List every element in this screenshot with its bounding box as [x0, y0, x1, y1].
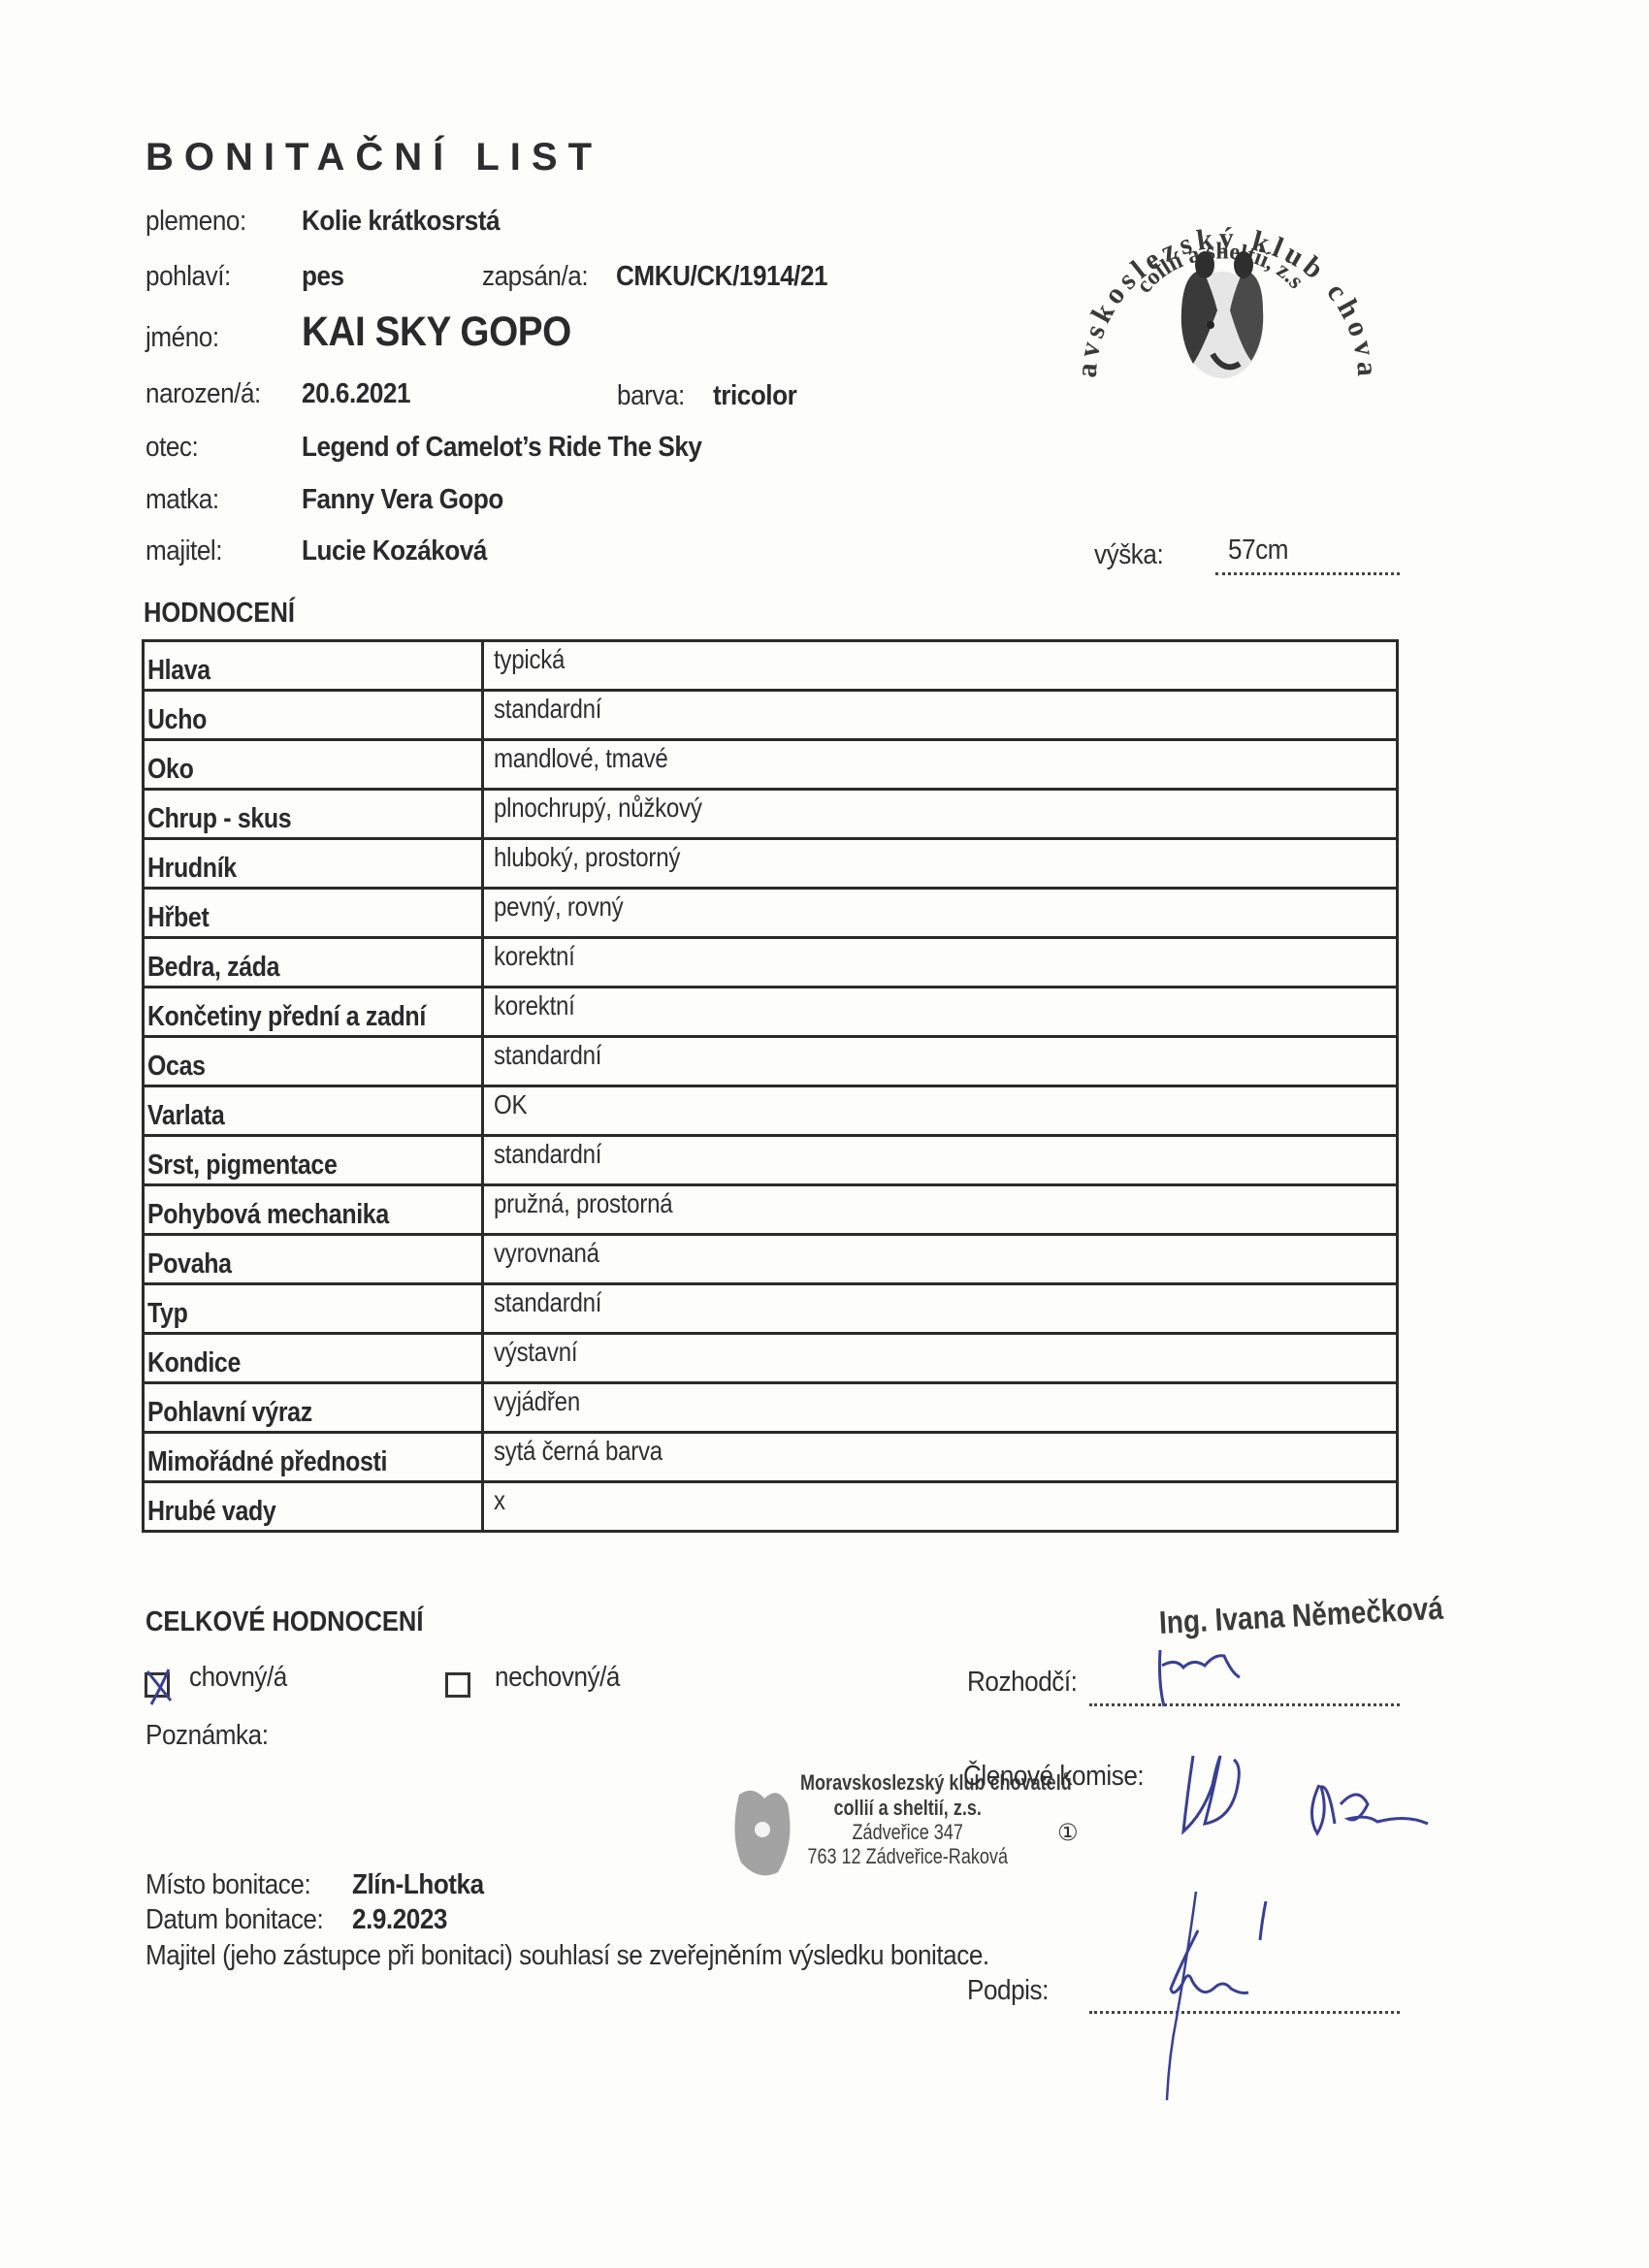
criterion-label: Hřbet: [147, 902, 209, 934]
assessment-value: hluboký, prostorný: [494, 842, 680, 873]
dam-value: Fanny Vera Gopo: [302, 484, 503, 516]
criterion-cell: Kondice: [144, 1334, 483, 1383]
registration-label: zapsán/a:: [482, 261, 588, 293]
breeding-option-label: chovný/á: [189, 1662, 287, 1694]
stamp-line-3: Zádveřice 347: [800, 1820, 1015, 1845]
criterion-cell: Ucho: [144, 691, 483, 740]
criterion-cell: Hřbet: [144, 889, 483, 938]
criterion-cell: Srst, pigmentace: [144, 1136, 483, 1185]
note-label: Poznámka:: [145, 1720, 269, 1752]
criterion-cell: Pohybová mechanika: [144, 1185, 483, 1235]
table-row: Bedra, zádakorektní: [144, 938, 1398, 988]
logo-inner-text: collií a sheltií, z.s.: [1057, 155, 1309, 298]
evaluation-table: HlavatypickáUchostandardníOkomandlové, t…: [142, 639, 1399, 1533]
document-title: BONITAČNÍ LIST: [145, 136, 602, 179]
assessment-value: mandlové, tmavé: [494, 743, 667, 774]
criterion-cell: Oko: [144, 740, 483, 790]
table-row: Ocasstandardní: [144, 1037, 1398, 1086]
assessment-cell: plnochrupý, nůžkový: [483, 790, 1398, 839]
criterion-label: Povaha: [147, 1248, 232, 1280]
criterion-label: Chrup - skus: [147, 803, 291, 835]
signature-label: Podpis:: [967, 1975, 1049, 2007]
criterion-label: Mimořádné přednosti: [147, 1446, 387, 1478]
assessment-cell: typická: [483, 641, 1398, 691]
judge-name-stamp: Ing. Ivana Němečková: [1158, 1590, 1444, 1641]
judge-label: Rozhodčí:: [967, 1667, 1077, 1699]
assessment-value: standardní: [494, 1139, 601, 1170]
assessment-cell: standardní: [483, 1037, 1398, 1086]
assessment-cell: vyrovnaná: [483, 1235, 1398, 1284]
assessment-value: typická: [494, 644, 565, 675]
criterion-label: Ocas: [147, 1051, 206, 1083]
sire-label: otec:: [145, 432, 198, 464]
criterion-cell: Ocas: [144, 1037, 483, 1086]
owner-signature: [1159, 1892, 1276, 2105]
criterion-label: Typ: [147, 1298, 187, 1330]
assessment-value: standardní: [494, 1040, 601, 1071]
assessment-value: x: [494, 1485, 505, 1516]
height-value: 57cm: [1228, 535, 1288, 567]
color-value: tricolor: [713, 380, 796, 412]
table-row: Kondicevýstavní: [144, 1334, 1398, 1383]
criterion-label: Ucho: [147, 704, 207, 736]
assessment-cell: x: [483, 1482, 1398, 1532]
sex-label: pohlaví:: [145, 261, 231, 293]
assessment-value: korektní: [494, 941, 575, 972]
assessment-value: vyrovnaná: [494, 1238, 599, 1269]
assessment-value: standardní: [494, 694, 601, 725]
criterion-label: Varlata: [147, 1100, 224, 1132]
judge-signature: [1154, 1644, 1290, 1712]
assessment-cell: standardní: [483, 1136, 1398, 1185]
assessment-cell: pružná, prostorná: [483, 1185, 1398, 1235]
criterion-cell: Varlata: [144, 1086, 483, 1136]
assessment-cell: výstavní: [483, 1334, 1398, 1383]
dam-label: matka:: [145, 484, 219, 516]
table-row: Povahavyrovnaná: [144, 1235, 1398, 1284]
sex-value: pes: [302, 261, 344, 293]
breeding-checkbox[interactable]: [145, 1672, 170, 1698]
table-row: Uchostandardní: [144, 691, 1398, 740]
stamp-line-4: 763 12 Zádveřice-Raková: [800, 1844, 1015, 1869]
color-label: barva:: [617, 380, 685, 412]
criterion-cell: Povaha: [144, 1235, 483, 1284]
place-label: Místo bonitace:: [145, 1869, 310, 1901]
table-row: Hřbetpevný, rovný: [144, 889, 1398, 938]
assessment-value: pevný, rovný: [494, 891, 623, 923]
table-row: Pohlavní výrazvyjádřen: [144, 1383, 1398, 1433]
table-row: Hlavatypická: [144, 641, 1398, 691]
table-row: Hrudníkhluboký, prostorný: [144, 839, 1398, 889]
birth-date-value: 20.6.2021: [302, 378, 410, 410]
assessment-cell: pevný, rovný: [483, 889, 1398, 938]
criterion-cell: Hrudník: [144, 839, 483, 889]
cross-mark-icon: [144, 1668, 177, 1706]
table-row: Hrubé vadyx: [144, 1482, 1398, 1532]
sire-value: Legend of Camelot’s Ride The Sky: [302, 432, 701, 464]
table-row: Chrup - skusplnochrupý, nůžkový: [144, 790, 1398, 839]
criterion-cell: Pohlavní výraz: [144, 1383, 483, 1433]
name-label: jméno:: [145, 322, 219, 354]
criterion-label: Pohlavní výraz: [147, 1397, 312, 1429]
place-value: Zlín-Lhotka: [352, 1869, 484, 1901]
committee-signatures: [1174, 1746, 1494, 1843]
non-breeding-checkbox[interactable]: [445, 1672, 470, 1698]
assessment-cell: korektní: [483, 938, 1398, 988]
collie-head-icon: [1181, 251, 1264, 378]
criterion-cell: Hrubé vady: [144, 1482, 483, 1532]
committee-label: Členové komise:: [963, 1761, 1144, 1793]
criterion-label: Bedra, záda: [147, 952, 279, 984]
criterion-label: Hrudník: [147, 853, 237, 885]
criterion-label: Hrubé vady: [147, 1496, 275, 1528]
assessment-cell: vyjádřen: [483, 1383, 1398, 1433]
table-row: Končetiny přední a zadníkorektní: [144, 988, 1398, 1037]
assessment-cell: hluboký, prostorný: [483, 839, 1398, 889]
evaluation-heading: HODNOCENÍ: [144, 598, 295, 630]
assessment-value: OK: [494, 1089, 527, 1120]
criterion-cell: Chrup - skus: [144, 790, 483, 839]
consent-text: Majitel (jeho zástupce při bonitaci) sou…: [145, 1940, 989, 1972]
assessment-value: korektní: [494, 990, 575, 1021]
assessment-value: pružná, prostorná: [494, 1188, 672, 1219]
criterion-label: Srst, pigmentace: [147, 1150, 337, 1182]
assessment-value: plnochrupý, nůžkový: [494, 793, 702, 824]
criterion-label: Končetiny přední a zadní: [147, 1001, 426, 1033]
criterion-cell: Končetiny přední a zadní: [144, 988, 483, 1037]
assessment-cell: mandlové, tmavé: [483, 740, 1398, 790]
criterion-label: Oko: [147, 754, 193, 786]
birth-date-label: narozen/á:: [145, 378, 261, 410]
registration-value: CMKU/CK/1914/21: [616, 261, 827, 293]
owner-value: Lucie Kozáková: [302, 535, 487, 567]
criterion-cell: Bedra, záda: [144, 938, 483, 988]
stamp-mark: ①: [1057, 1819, 1079, 1847]
stamp-collie-icon: [729, 1785, 797, 1886]
overall-heading: CELKOVÉ HODNOCENÍ: [145, 1606, 423, 1638]
breed-value: Kolie krátkosrstá: [302, 206, 500, 238]
criterion-cell: Hlava: [144, 641, 483, 691]
name-value: KAI SKY GOPO: [302, 308, 571, 356]
table-row: Okomandlové, tmavé: [144, 740, 1398, 790]
table-row: VarlataOK: [144, 1086, 1398, 1136]
owner-label: majitel:: [145, 535, 222, 567]
date-label: Datum bonitace:: [145, 1904, 323, 1936]
criterion-label: Pohybová mechanika: [147, 1199, 389, 1231]
svg-text:collií a sheltií, z.s.: collií a sheltií, z.s.: [1057, 155, 1309, 298]
non-breeding-option-label: nechovný/á: [495, 1662, 620, 1694]
table-row: Pohybová mechanikapružná, prostorná: [144, 1185, 1398, 1235]
height-label: výška:: [1094, 539, 1163, 571]
table-row: Mimořádné přednostisytá černá barva: [144, 1433, 1398, 1482]
height-dotted-line: [1215, 572, 1400, 575]
criterion-cell: Mimořádné přednosti: [144, 1433, 483, 1482]
criterion-label: Kondice: [147, 1347, 241, 1379]
criterion-cell: Typ: [144, 1284, 483, 1334]
stamp-line-2: collií a sheltií, z.s.: [800, 1796, 1015, 1821]
assessment-cell: sytá černá barva: [483, 1433, 1398, 1482]
assessment-cell: OK: [483, 1086, 1398, 1136]
criterion-label: Hlava: [147, 655, 210, 687]
club-logo: Moravskoslezský klub chovatelů collií a …: [1057, 155, 1387, 407]
date-value: 2.9.2023: [352, 1904, 447, 1936]
assessment-cell: standardní: [483, 691, 1398, 740]
assessment-value: sytá černá barva: [494, 1436, 663, 1467]
assessment-cell: standardní: [483, 1284, 1398, 1334]
table-row: Typstandardní: [144, 1284, 1398, 1334]
table-row: Srst, pigmentacestandardní: [144, 1136, 1398, 1185]
assessment-value: vyjádřen: [494, 1386, 580, 1417]
assessment-value: výstavní: [494, 1337, 577, 1368]
assessment-value: standardní: [494, 1287, 601, 1318]
assessment-cell: korektní: [483, 988, 1398, 1037]
breed-label: plemeno:: [145, 206, 246, 238]
